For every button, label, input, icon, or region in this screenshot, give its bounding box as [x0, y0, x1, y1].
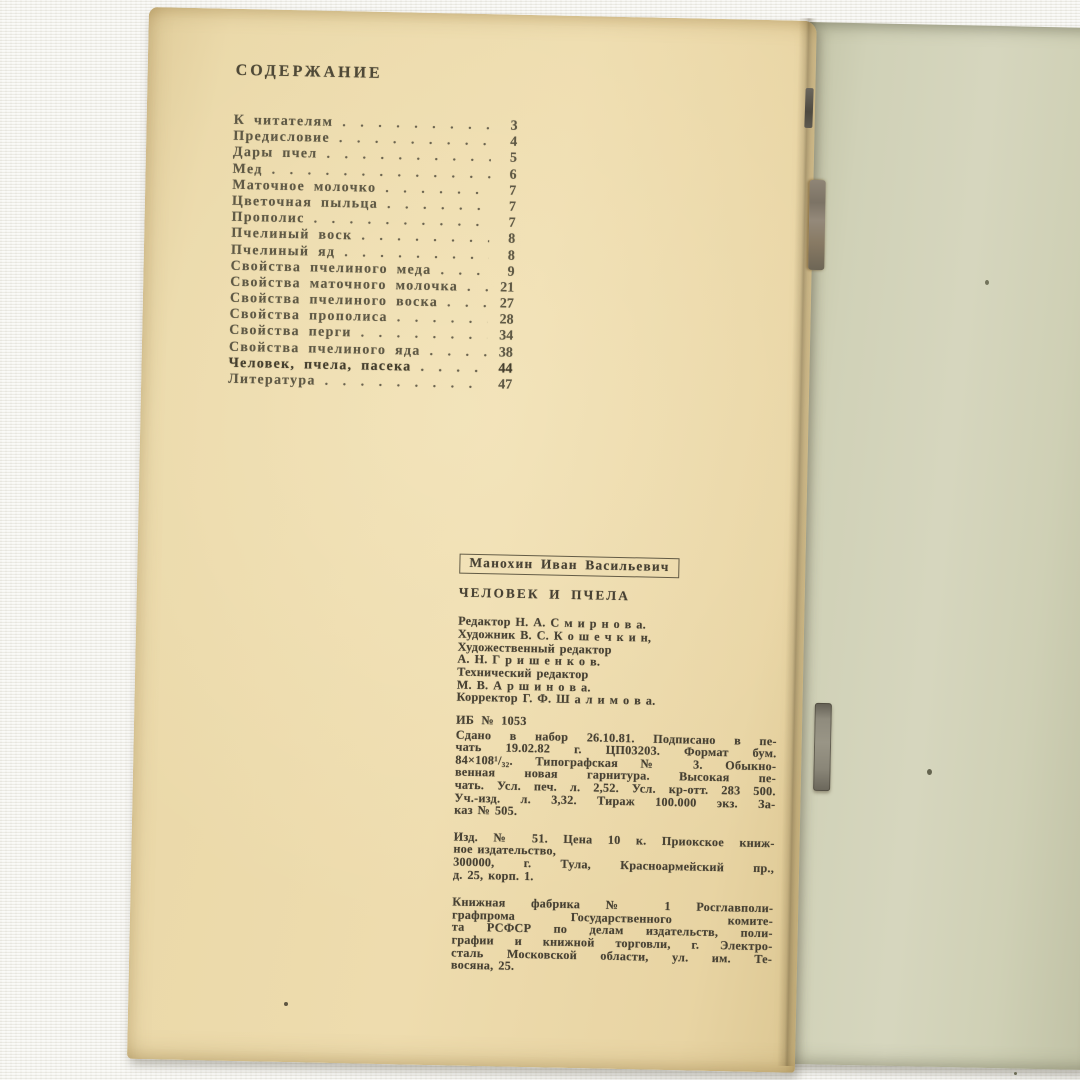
toc-page-number: 47: [486, 377, 512, 394]
back-cover-page: [786, 22, 1080, 1070]
toc-entry-label: Пчелиный яд: [231, 242, 336, 260]
toc-page-number: 7: [489, 215, 515, 232]
toc-page-number: 38: [487, 345, 513, 362]
toc-leader-dots: . . . . . . . . . . . . . . . . . . . .: [420, 343, 487, 360]
paper-speck: [284, 1002, 288, 1006]
toc-leader-dots: . . . . . . . . . . . . . . . . . . . .: [458, 279, 488, 296]
book-contents-page: СОДЕРЖАНИЕ К читателям . . . . . . . . .…: [127, 7, 817, 1073]
author-name-box: Манохин Иван Васильевич: [459, 554, 680, 578]
toc-leader-dots: . . . . . . . . . . . . . . . . . . . .: [411, 359, 486, 377]
photo-scene: СОДЕРЖАНИЕ К читателям . . . . . . . . .…: [0, 0, 1080, 1080]
toc-leader-dots: . . . . . . . . . . . . . . . . . . . .: [316, 374, 487, 394]
staple-rusty-top: [808, 180, 826, 270]
book-title: ЧЕЛОВЕК И ПЧЕЛА: [459, 586, 780, 605]
imprint-paragraph: Сдано в набор 26.10.81. Подписано в пе-ч…: [454, 728, 777, 823]
toc-title: СОДЕРЖАНИЕ: [235, 62, 382, 83]
toc-page-number: 7: [490, 183, 516, 200]
toc-page-number: 34: [487, 329, 513, 346]
toc-page-number: 5: [491, 151, 517, 168]
toc-page-number: 7: [490, 199, 516, 216]
toc-page-number: 6: [490, 167, 516, 184]
toc-leader-dots: . . . . . . . . . . . . . . . . . . . .: [431, 263, 488, 280]
toc-page-number: 21: [488, 280, 514, 297]
toc-page-number: 28: [487, 312, 513, 329]
toc-leader-dots: . . . . . . . . . . . . . . . . . . . .: [438, 295, 488, 312]
toc-entry-label: Мед: [232, 161, 262, 178]
credits-block: Редактор Н. А. С м и р н о в а.Художник …: [456, 615, 779, 711]
toc-page-number: 44: [486, 361, 512, 378]
colophon-block: Манохин Иван Васильевич ЧЕЛОВЕК И ПЧЕЛА …: [451, 554, 781, 978]
paper-speck: [985, 280, 989, 285]
toc-page-number: 8: [489, 248, 515, 265]
toc-page-number: 3: [491, 118, 517, 135]
toc-page-number: 4: [491, 134, 517, 151]
paper-speck: [1014, 1072, 1017, 1075]
toc-entry-label: Дары пчел: [233, 145, 318, 163]
printer-paragraph: Книжная фабрика № 1 Росглавполи-графпром…: [451, 896, 774, 978]
toc-page-number: 8: [489, 231, 515, 248]
toc-entry-label: Литература: [228, 372, 316, 390]
toc-leader-dots: . . . . . . . . . . . . . . . . . . . .: [388, 310, 488, 328]
toc-page-number: 9: [488, 264, 514, 281]
staple-mark-top: [804, 88, 813, 128]
toc-list: К читателям . . . . . . . . . . . . . . …: [228, 113, 518, 394]
publisher-paragraph: Изд. № 51. Цена 10 к. Приокское книж-ное…: [453, 830, 775, 887]
staple-bottom: [813, 703, 832, 791]
toc-page-number: 27: [488, 296, 514, 313]
toc-entry-label: Прополис: [231, 210, 304, 228]
paper-speck: [927, 769, 932, 775]
